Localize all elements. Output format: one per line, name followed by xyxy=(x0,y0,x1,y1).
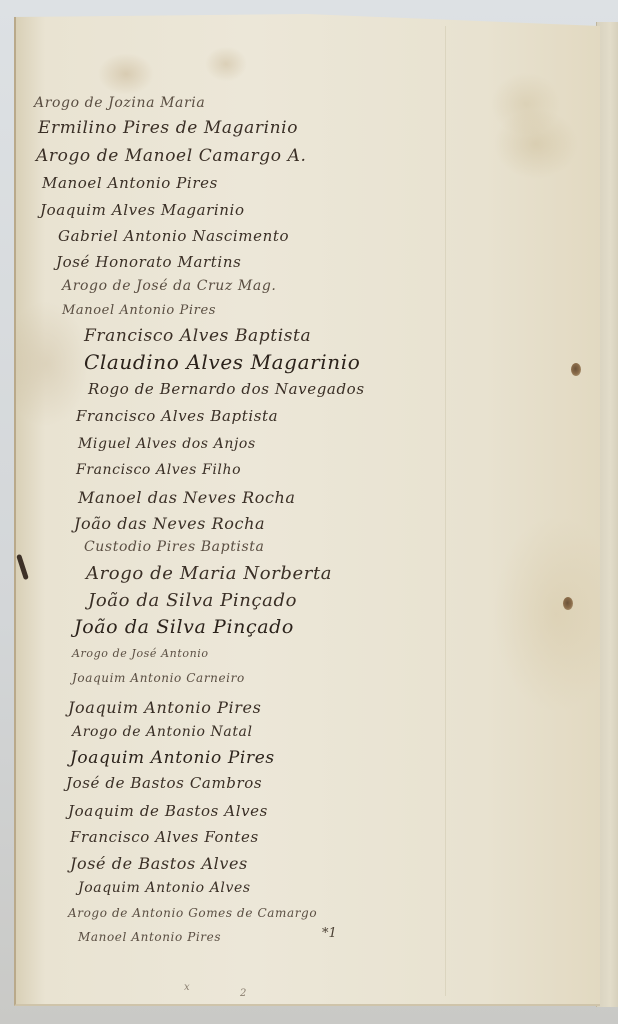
signature-entry: Arogo de José da Cruz Mag. xyxy=(62,278,276,294)
signature-entry: Arogo de José Antonio xyxy=(72,647,209,660)
signature-entry: Miguel Alves dos Anjos xyxy=(78,436,256,452)
signature-entry: Joaquim Antonio Pires xyxy=(68,698,261,717)
signature-list: Arogo de Jozina Maria Ermilino Pires de … xyxy=(0,0,618,1024)
signature-entry: José de Bastos Alves xyxy=(70,854,248,873)
signature-entry: Claudino Alves Magarinio xyxy=(84,350,360,374)
signature-entry: Manoel Antonio Pires xyxy=(62,303,216,318)
margin-note: *1 xyxy=(322,926,337,941)
signature-entry: Joaquim Antonio Alves xyxy=(78,880,251,896)
signature-entry: Arogo de Antonio Natal xyxy=(72,724,253,740)
signature-entry: Custodio Pires Baptista xyxy=(84,539,264,555)
signature-entry: Joaquim Antonio Pires xyxy=(70,748,275,768)
signature-entry: Arogo de Jozina Maria xyxy=(34,95,205,111)
signature-entry: João da Silva Pinçado xyxy=(74,616,294,638)
signature-entry: Ermilino Pires de Magarinio xyxy=(38,118,298,138)
signature-entry: Rogo de Bernardo dos Navegados xyxy=(88,380,365,398)
signature-entry: Francisco Alves Filho xyxy=(76,462,241,478)
signature-entry: Arogo de Antonio Gomes de Camargo xyxy=(68,906,317,920)
signature-entry: Francisco Alves Fontes xyxy=(70,828,259,846)
bottom-mark: 2 xyxy=(240,988,246,999)
signature-entry: Francisco Alves Baptista xyxy=(84,326,311,346)
signature-entry: Manoel Antonio Pires xyxy=(78,930,221,944)
signature-entry: José de Bastos Cambros xyxy=(66,774,262,792)
signature-entry: Joaquim de Bastos Alves xyxy=(68,802,268,820)
signature-entry: João da Silva Pinçado xyxy=(88,590,297,611)
signature-entry: Arogo de Manoel Camargo A. xyxy=(36,146,306,166)
signature-entry: João das Neves Rocha xyxy=(74,514,265,533)
signature-entry: Arogo de Maria Norberta xyxy=(86,563,332,584)
signature-entry: Gabriel Antonio Nascimento xyxy=(58,227,289,245)
signature-entry: Joaquim Alves Magarinio xyxy=(40,201,245,219)
signature-entry: Francisco Alves Baptista xyxy=(76,407,278,425)
bottom-mark: x xyxy=(184,982,190,993)
signature-entry: Manoel das Neves Rocha xyxy=(78,488,296,507)
signature-entry: Joaquim Antonio Carneiro xyxy=(72,671,245,685)
signature-entry: Manoel Antonio Pires xyxy=(42,174,218,192)
signature-entry: José Honorato Martins xyxy=(56,253,241,271)
